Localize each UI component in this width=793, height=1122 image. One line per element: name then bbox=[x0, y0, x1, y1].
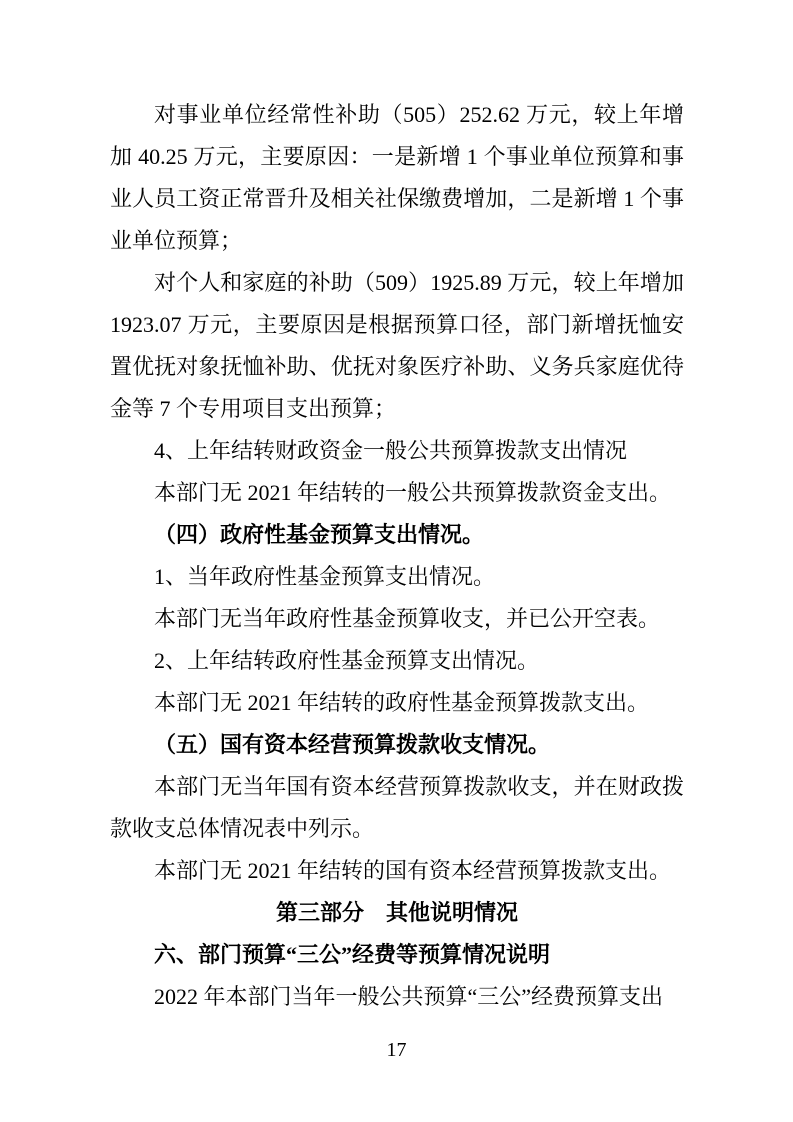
section-4-heading: （四）政府性基金预算支出情况。 bbox=[110, 514, 684, 556]
section-4-item-2-title: 2、上年结转政府性基金预算支出情况。 bbox=[110, 640, 684, 682]
section-4-item-1-text: 本部门无当年政府性基金预算收支，并已公开空表。 bbox=[110, 598, 684, 640]
paragraph-subsidy-509: 对个人和家庭的补助（509）1925.89 万元，较上年增加 1923.07 万… bbox=[110, 262, 684, 430]
part-3-title: 第三部分 其他说明情况 bbox=[110, 892, 684, 934]
page-number: 17 bbox=[0, 1036, 793, 1064]
item-4-title: 4、上年结转财政资金一般公共预算拨款支出情况 bbox=[110, 430, 684, 472]
document-page: 对事业单位经常性补助（505）252.62 万元，较上年增加 40.25 万元，… bbox=[0, 0, 793, 1122]
section-6-text: 2022 年本部门当年一般公共预算“三公”经费预算支出 bbox=[110, 976, 684, 1018]
paragraph-subsidy-505: 对事业单位经常性补助（505）252.62 万元，较上年增加 40.25 万元，… bbox=[110, 94, 684, 262]
section-5-text-1: 本部门无当年国有资本经营预算拨款收支，并在财政拨款收支总体情况表中列示。 bbox=[110, 766, 684, 850]
item-4-text: 本部门无 2021 年结转的一般公共预算拨款资金支出。 bbox=[110, 472, 684, 514]
section-4-item-2-text: 本部门无 2021 年结转的政府性基金预算拨款支出。 bbox=[110, 682, 684, 724]
document-body: 对事业单位经常性补助（505）252.62 万元，较上年增加 40.25 万元，… bbox=[110, 94, 684, 1018]
section-6-heading: 六、部门预算“三公”经费等预算情况说明 bbox=[110, 934, 684, 976]
section-5-text-2: 本部门无 2021 年结转的国有资本经营预算拨款支出。 bbox=[110, 850, 684, 892]
section-5-heading: （五）国有资本经营预算拨款收支情况。 bbox=[110, 724, 684, 766]
section-4-item-1-title: 1、当年政府性基金预算支出情况。 bbox=[110, 556, 684, 598]
